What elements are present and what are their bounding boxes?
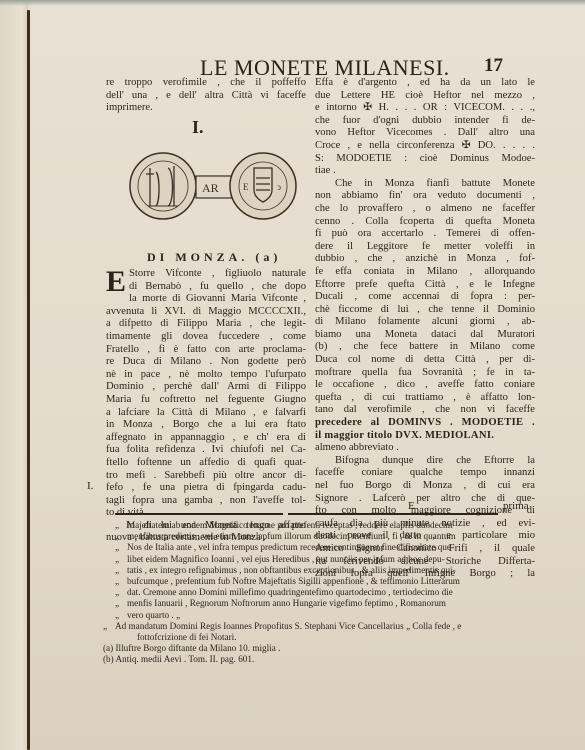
- text-line: la morte di Giovanni Maria Vifconte ,: [106, 293, 306, 306]
- plate-label: I.: [192, 117, 204, 138]
- footnote-line: „dat. Cremone anno Domini millefimo quad…: [115, 587, 545, 598]
- footnote-a: (a) Illuftre Borgo diftante da Milano 10…: [103, 643, 545, 654]
- svg-text:ↄ: ↄ: [277, 182, 281, 192]
- footnote-line: „menfibus predictis , vel etiam ante lap…: [115, 531, 545, 542]
- text-line: Dominio , perchè dall' Armi di Filippo: [106, 381, 306, 394]
- text-line: Croce , e nella circonferenza ✠ DO. . . …: [315, 140, 535, 153]
- svg-text:E: E: [243, 182, 249, 192]
- text-line: non abbiamo fin' ora veduto documenti ,: [315, 190, 535, 203]
- catchword: prima: [503, 500, 529, 512]
- text-line: timamente gli dovea fuccedere , come: [106, 331, 306, 344]
- text-line: (b) , che fece battere in Milano come: [315, 341, 535, 354]
- text-line: affegnato in appannaggio , e ch' era di: [106, 432, 306, 445]
- text-line: S: MODOETIE : cioè Dominus Modoe-: [315, 153, 535, 166]
- text-line: dubbio , che , anzichè in Monza , fof-: [315, 253, 535, 266]
- footnote-line: fottofcrizione di fei Notari.: [115, 632, 545, 643]
- text-line: di Milano folamente alcuni giorni , ab-: [315, 316, 535, 329]
- text-line: vono Heftor Vicecomes . Dall' altro una: [315, 127, 535, 140]
- text-line: chè ficcome di lui , che tenne il Domini…: [315, 304, 535, 317]
- text-line: Maria fu coftretto nel feguente Giugno: [106, 394, 306, 407]
- text-line: fua folita refidenza . Ivi chiufofi nel …: [106, 444, 306, 457]
- text-line: tro mefi . Sarebbefi più oltre ancor di-: [106, 470, 306, 483]
- text-line: il maggior titolo DVX. MEDIOLANI.: [315, 430, 535, 443]
- text-line: Storre Vifconte , figliuolo naturale: [106, 268, 306, 281]
- text-line: imprimere.: [106, 102, 306, 115]
- text-line: a difpetto di Filippo Maria , che legit-: [106, 318, 306, 331]
- footnote-line: „Majeftatem ab eodem Magnifico Ioanne pr…: [115, 520, 545, 531]
- text-line: Ducali , come accennai di fopra : per-: [315, 291, 535, 304]
- text-line: dell' una , e dell' altra Città vi facef…: [106, 90, 306, 103]
- text-line: a lafciare la Città di Milano , e falvar…: [106, 407, 306, 420]
- text-line: fto con molto maggiore cognizione di: [315, 505, 535, 518]
- page-number: 17: [484, 55, 503, 77]
- text-line: fefo , fe una pietra di fpingarda cadu-: [106, 482, 306, 495]
- text-line: Effa è d'argento , ed ha da un lato le: [315, 77, 535, 90]
- footnote-line: „Ad mandatum Domini Regis Ioannes Propof…: [103, 621, 545, 632]
- text-line: che fuor d'ogni dubbio intender fi de-: [315, 115, 535, 128]
- text-line: biamo una Moneta dataci dal Muratori: [315, 329, 535, 342]
- text-line: tano dal verofimile , che non vi faceffe: [315, 404, 535, 417]
- footnote-line: „Nos de Italia ante , vel infra tempus p…: [115, 542, 545, 553]
- text-line: cenno . Colla fcoperta di quefta Moneta: [315, 216, 535, 229]
- text-line: faceffe coniare qualche tempo innanzi: [315, 467, 535, 480]
- text-line: tagli fopra una gamba , non l'aveffe tol…: [106, 495, 306, 508]
- text-line: ftello foftenne un affedio di quafi quat…: [106, 457, 306, 470]
- text-line: e intorno ✠ H. . . . OR : VICECOM. . . .…: [315, 102, 535, 115]
- text-line: moftrare quella fua Sovranità ; fe in ta…: [315, 367, 535, 380]
- footnote-line: „menfis Ianuarii , Regnorum Noftrorum an…: [115, 598, 545, 609]
- text-line: in Monza , Borgo che a lui era ftato: [106, 419, 306, 432]
- text-line: precedere al DOMINVS . MODOETIE .: [315, 417, 535, 430]
- text-line: re Duca di Milano . Non godette però: [106, 356, 306, 369]
- text-line: re troppo verofimile , che il poffeffo: [106, 77, 306, 90]
- coin-obverse-icon: [130, 153, 196, 219]
- text-line: le occafione , dico , aveffe fatto conia…: [315, 379, 535, 392]
- text-line: fe effa coniata in Milano , allorquando: [315, 266, 535, 279]
- footnote-rule-right: [288, 513, 498, 515]
- text-line: Fratello , fi è fatto con arte proclama-: [106, 344, 306, 357]
- drop-cap: E: [106, 269, 126, 295]
- text-line: nel fuo Borgo di Monza , di cui era: [315, 480, 535, 493]
- footnote-line: „tatis , ex integro refignabimus , non o…: [115, 565, 545, 576]
- footnote-line: „vero quarto . „: [115, 610, 545, 621]
- text-line: Duca col nome di detta Città , per di-: [315, 354, 535, 367]
- footnote-line: „bufcumque , prefentium fub Noftre Majef…: [115, 576, 545, 587]
- section-title: DI MONZA. (a): [147, 250, 281, 265]
- text-line: quefta , di cui trattiamo , è affatto lo…: [315, 392, 535, 405]
- facing-page-edge: [0, 0, 28, 750]
- footnotes: „Majeftatem ab eodem Magnifico Ioanne pr…: [115, 520, 545, 666]
- text-line: avvenuta li XVI. di Maggio MCCCCXII.,: [106, 306, 306, 319]
- margin-note: I.: [87, 480, 93, 492]
- right-column: Effa è d'argento , ed ha da un lato le d…: [315, 77, 535, 581]
- text-line: di Bernabò , fu quello , che dopo: [106, 281, 306, 294]
- text-line: tiae .: [315, 165, 535, 178]
- text-line: nè in pace , nè molto tempo l'ufurpato: [106, 369, 306, 382]
- footnote-line: „libet eidem Magnifico Ioanni , vel ejus…: [115, 554, 545, 565]
- text-line: dere il Leggitore fe metter voleffi in: [315, 241, 535, 254]
- text-line: Signore . Lafcerò per altro che di que-: [315, 493, 535, 506]
- top-edge-shadow: [0, 0, 585, 6]
- signature-mark: E: [408, 500, 415, 512]
- text-line: Eftorre prefe quefta Città , e le Infegn…: [315, 279, 535, 292]
- text-line: almeno abbreviato .: [315, 442, 535, 455]
- footnote-rule-left: [115, 513, 283, 515]
- left-column: re troppo verofimile , che il poffeffo d…: [106, 77, 306, 115]
- coin-illustration: AR E ↄ: [128, 150, 298, 222]
- left-column-paragraph: E Storre Vifconte , figliuolo naturale d…: [106, 268, 306, 545]
- text-line: Bifogna dunque dire che Eftorre la: [315, 455, 535, 468]
- footnote-b: (b) Antiq. medii Aevi . Tom. II. pag. 60…: [103, 654, 545, 665]
- book-spine-line: [27, 10, 30, 750]
- text-line: fi può ora accertarlo . Temerei di offen…: [315, 228, 535, 241]
- text-line: che lo provaffero , o almeno ne faceffer: [315, 203, 535, 216]
- text-line: due Lettere HE cioè Heftor nel mezzo ,: [315, 90, 535, 103]
- coin-reverse-icon: E ↄ: [230, 153, 296, 219]
- text-line: Che in Monza fianfi battute Monete: [315, 178, 535, 191]
- ar-mark: AR: [202, 181, 219, 195]
